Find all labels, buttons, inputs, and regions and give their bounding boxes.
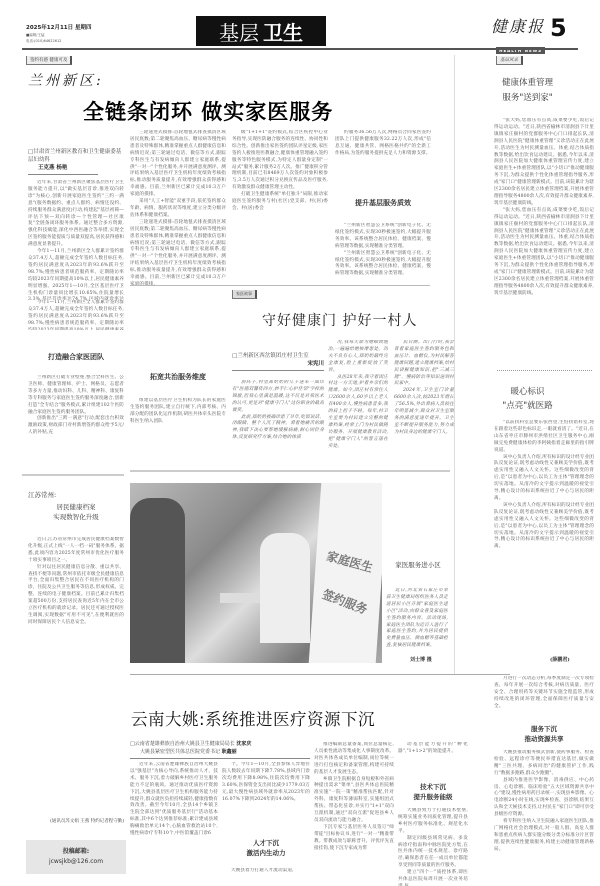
lead-col4-section: "兰州新区智慧公卫系统"创新电子化、无纸化签约模式,实现30秒极速签约,大幅提升… — [335, 223, 431, 278]
lead-headline: 全链条闭环 做实家医服务 — [83, 96, 333, 126]
yunnan-byline-2: 大姚县紧密型医共体总医院党委书记 耿鑫丽 — [130, 748, 310, 756]
section-title-banner: 基层 卫生 — [196, 16, 326, 46]
yunnan-divider — [130, 674, 510, 675]
photo-caption-title: 家医服务进小区 — [386, 560, 450, 569]
changzhou-divider — [22, 474, 124, 476]
masthead-rule — [22, 48, 500, 50]
lead-col1-section2: 兰州新区打破专业壁垒,整合全科医生、公卫医师、健康管理师、护士、网格员、志愿者等… — [28, 375, 124, 460]
lead-byline-org: □甘肃省兰州新区教育和卫生健康委基层妇幼科 — [28, 148, 124, 164]
paper-logo: 健康报 — [430, 14, 545, 37]
column-tag-sidebar: 基层风采 — [496, 56, 523, 65]
yunnan-col1: 近年来,云南省楚雄彝族自治州大姚县以"强基层"为核心导向,系统推动人才、技术、服… — [130, 762, 218, 886]
lead-subhead-1: 打造融合家医团队 — [28, 352, 124, 362]
yunnan-subhead-2: 技术下沉 提升服务能级 — [398, 782, 468, 802]
lead-col1-cont: 今年1—11月,兰州新区全人群累计签约群众37.4万人,超额完成全年签约人数目标… — [28, 300, 124, 330]
yunnan-headline: 云南大姚:系统推进医疗资源下沉 — [131, 706, 375, 730]
lead-kicker: 兰州新区: — [28, 70, 104, 90]
sidebar-divider — [454, 55, 455, 675]
yunnan-col2: 个。今年1—10月,全县参保人异地住院人数较去年同期下降7.78%,县域内门诊次… — [222, 762, 310, 814]
yunnan-col5: 大姚县推动服务模式创新,使药事服务、检查检验、远程诊疗等便民举措直达基层,做实做… — [494, 750, 594, 886]
lead-col2: 三轮递进式摸排:首轮地毯式排查摸清区域居民底数;第二轮聚焦高血压、糖尿病等慢性病… — [130, 130, 226, 345]
photo-person-left — [130, 498, 185, 663]
news-photo: 家庭医生 签约服务 — [130, 483, 382, 663]
lead-col1: 近年来,甘肃省兰州新区聚焦基层医疗卫生服务能力提升,以"做实基层首诊,推进双向转… — [28, 180, 124, 300]
lead-col3: 级"1+1+1"签约模式,结合区疾控中心业务指导,实现医防融合服务的连续性、协同… — [232, 130, 328, 280]
masthead-rule-right — [430, 48, 578, 50]
photo-doctor — [260, 533, 310, 643]
changzhou-title: 居民健康档案 实现数智化升级 — [28, 502, 124, 522]
column-tag-middle: 家医故事 — [232, 290, 257, 299]
middle-divider-top — [130, 285, 430, 286]
middle-col1: 前阵子,村里郑奶奶的儿子送来一面印有"医德双馨传四方,妙手仁心护佳邻"字样的锦旗… — [232, 380, 324, 460]
submission-email-box: 投稿邮箱: jcwsjkb@126.com — [26, 840, 126, 874]
section-title-light: 基层 — [219, 17, 259, 46]
lead-subhead-3: 提升基层服务质效 — [335, 198, 431, 208]
middle-col2: 况,我每天都为她细致施治,一遍遍给她按摩患处。功夫不负有心人,郑奶奶最终完全康复… — [328, 340, 388, 460]
lead-subhead-2: 拓宽共治服务维度 — [130, 372, 226, 382]
issue-date: 2025年12月11日 星期四 — [26, 23, 92, 31]
column-tag-lead: 签约有感 健康可及 — [26, 56, 72, 65]
middle-byline-org: □兰州新区西岔镇团庄村卫生室 — [232, 352, 324, 360]
photo-sign-board: 家庭医生 签约服务 — [309, 483, 382, 663]
yunnan-byline-1: □云南省楚雄彝族自治州大姚县卫生健康局局长 沈家庆 — [130, 740, 310, 748]
yunnan-col4-section: 大姚县致力于打通技术壁垒,统筹实施业务同质化管理,提升县乡村医疗服务标准化、规范… — [398, 808, 468, 886]
lead-col4: 约服务36.56万人次,网格员合同家医签约团队上门提供健康服务32.22万人次,… — [335, 130, 431, 170]
yunnan-col5-pre: 月进行一次动态分析,每季度制定一次专项检查、每年开展一次综合考核,对病历质量、医… — [494, 676, 594, 714]
middle-headline: 守好健康门 护好一村人 — [262, 310, 417, 330]
changzhou-credit: (通讯员苏文娟 王燕 特约记者程守勤) — [40, 818, 124, 824]
sidebar-top-title: 健康体重管理 服务"送到家" — [455, 76, 600, 106]
photo-author: 刘士博 摄 — [410, 656, 432, 663]
sidebar-mid-title: 暖心标识 "点亮"就医路 — [455, 385, 600, 413]
photo-caption-body: 近日,河北省石家庄市栾县卫生健康局组织医务人员走进居民小区开展"家庭医生进小区"… — [386, 588, 448, 653]
editor-phone: 电话:(010)64622612 — [26, 39, 92, 44]
yunnan-col3: 推进编制总量备案,岗位总量核定,人员柔性流动等集成化人事制度改革。对医共体各成员… — [314, 742, 394, 886]
editor-credit: ■编辑/王猛 — [26, 33, 92, 38]
yunnan-col2-section: 大姚县着力打通人才流动渠道, — [222, 868, 310, 880]
lead-byline-names: 王克燕 杨艳 — [28, 164, 124, 172]
sidebar-mid-author: (薛鹏君) — [550, 656, 570, 663]
lead-col2-section: 组建以基层医疗卫生机构为队长的家庭医生签约服务团队,建立自行统下,内部考核、内部… — [130, 398, 226, 438]
section-title-bold: 卫生 — [263, 17, 303, 46]
sidebar-mid-body: "以前找科室总要东张西望,生怕找错科室,现在跟着这些彩色标识走,一眼就看清了。"… — [494, 420, 594, 650]
changzhou-body: 近日,江苏省常州市完成居民健康档案数智化升级,正式上线"一人一档一码"服务体系。… — [28, 537, 124, 807]
page-number: 5 — [550, 14, 567, 42]
masthead: 2025年12月11日 星期四 ■编辑/王猛 电话:(010)64622612 … — [0, 0, 600, 50]
changzhou-kicker: 江苏常州: — [28, 490, 56, 499]
email-label: 投稿邮箱: — [26, 846, 126, 855]
yunnan-subhead-1: 人才下沉 激活内生动力 — [222, 838, 310, 858]
yunnan-subhead-3: 服务下沉 推动资源共享 — [494, 724, 594, 744]
yunnan-col4: 动基层能力提升的"孵化器","1+1>2"的效能提升。 — [398, 742, 468, 758]
middle-byline-name: 宋宪川 — [232, 360, 324, 368]
sidebar-dotted-rule — [497, 370, 592, 371]
middle-col3: 民自测。出门行时,我会背着家庭医生签约服务包和血压计、血糖仪,为村民解答健康问题… — [394, 340, 454, 460]
email-address[interactable]: jcwsjkb@126.com — [26, 858, 126, 865]
sidebar-top-body: "张大妈,您血压有点高,咸菜要少吃,饭后记得运动运动。"近日,陕西省榆林市清涧县… — [494, 118, 594, 350]
middle-divider-bottom — [130, 470, 450, 472]
